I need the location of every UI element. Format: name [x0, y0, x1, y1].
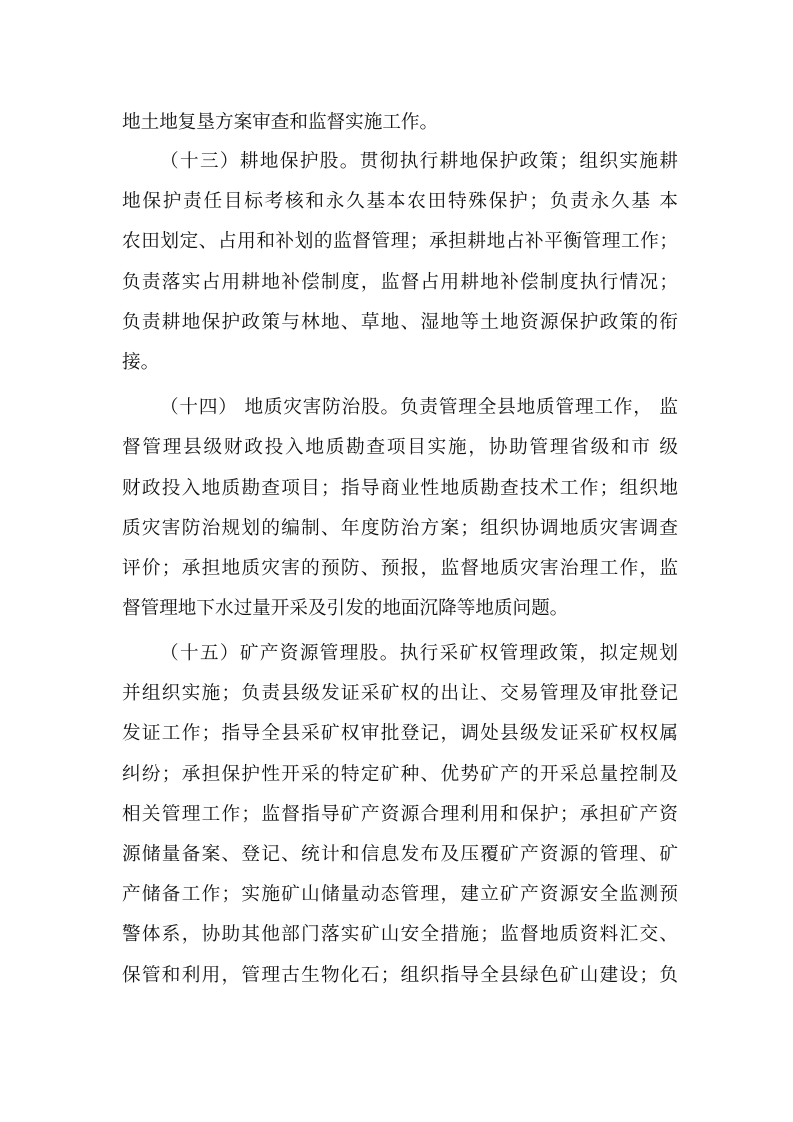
- text-line: 负责落实占用耕地补偿制度，监督占用耕地补偿制度执行情况；: [122, 269, 678, 297]
- section-heading-line: （十四） 地质灾害防治股。负责管理全县地质管理工作， 监: [160, 394, 678, 422]
- text-line: 质灾害防治规划的编制、年度防治方案；组织协调地质灾害调查: [122, 515, 678, 543]
- text-line: 督管理地下水过量开采及引发的地面沉降等地质问题。: [122, 595, 678, 623]
- text-line: 产储备工作；实施矿山储量动态管理，建立矿产资源安全监测预: [122, 881, 678, 909]
- text-line: 纠纷；承担保护性开采的特定矿种、优势矿产的开采总量控制及: [122, 761, 678, 789]
- text-line: 督管理县级财政投入地质勘查项目实施，协助管理省级和市 级: [122, 434, 678, 462]
- text-line: 地保护责任目标考核和永久基本农田特殊保护；负责永久基 本: [122, 188, 678, 216]
- text-line: 评价；承担地质灾害的预防、预报，监督地质灾害治理工作，监: [122, 555, 678, 583]
- text-line: 负责耕地保护政策与林地、草地、湿地等土地资源保护政策的衔: [122, 309, 678, 337]
- text-line: 并组织实施；负责县级发证采矿权的出让、交易管理及审批登记: [122, 680, 678, 708]
- text-line: 发证工作；指导全县采矿权审批登记，调处县级发证采矿权权属: [122, 720, 678, 748]
- section-heading-line: （十三）耕地保护股。贯彻执行耕地保护政策；组织实施耕: [160, 148, 678, 176]
- text-line: 保管和利用，管理古生物化石；组织指导全县绿色矿山建设；负: [122, 962, 678, 990]
- text-line: 财政投入地质勘查项目；指导商业性地质勘查技术工作；组织地: [122, 475, 678, 503]
- section-heading-line: （十五）矿产资源管理股。执行采矿权管理政策，拟定规划: [160, 640, 678, 668]
- text-line: 警体系，协助其他部门落实矿山安全措施；监督地质资料汇交、: [122, 921, 678, 949]
- document-page: 地土地复垦方案审查和监督实施工作。 （十三）耕地保护股。贯彻执行耕地保护政策；组…: [0, 0, 793, 1122]
- text-line: 农田划定、占用和补划的监督管理；承担耕地占补平衡管理工作；: [122, 228, 678, 256]
- text-line: 接。: [122, 349, 678, 377]
- text-line: 地土地复垦方案审查和监督实施工作。: [122, 109, 678, 137]
- text-line: 相关管理工作；监督指导矿产资源合理利用和保护；承担矿产资: [122, 801, 678, 829]
- text-line: 源储量备案、登记、统计和信息发布及压覆矿产资源的管理、矿: [122, 841, 678, 869]
